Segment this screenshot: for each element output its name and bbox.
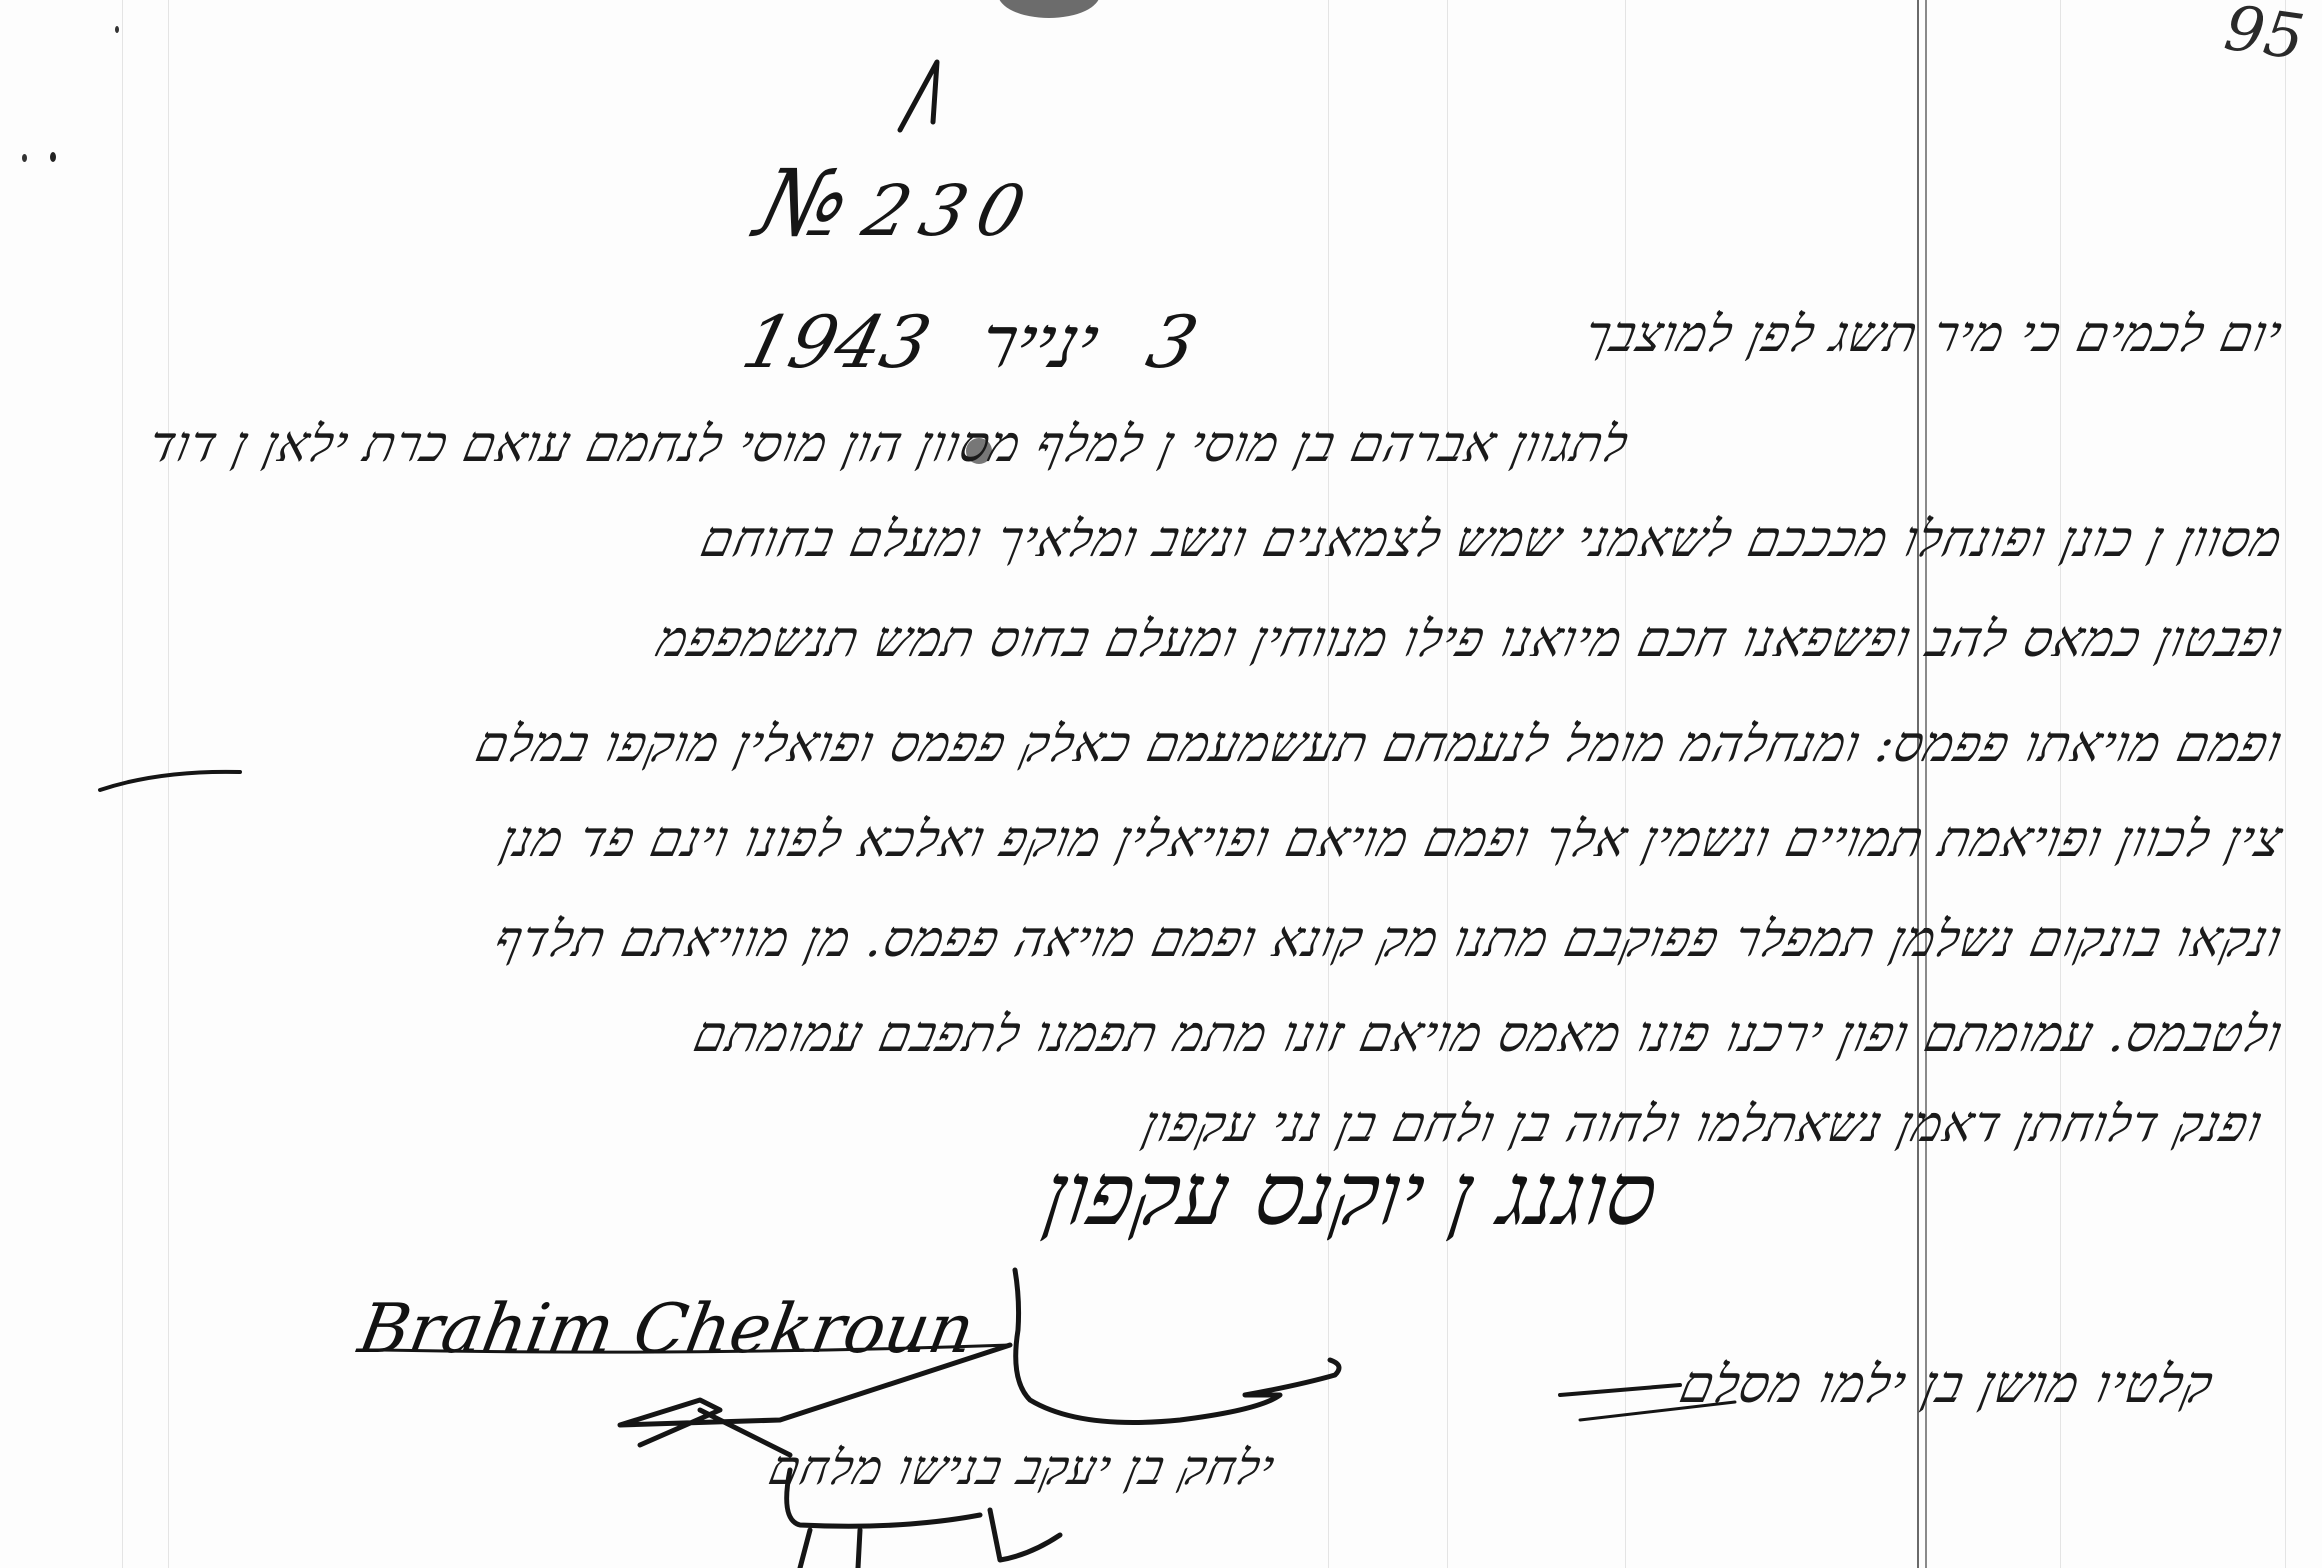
handwriting-strokes <box>0 0 2322 1568</box>
scanned-document-page: 95 №230 1943 ינייר 3 יום לכמים כי מיר תש… <box>0 0 2322 1568</box>
